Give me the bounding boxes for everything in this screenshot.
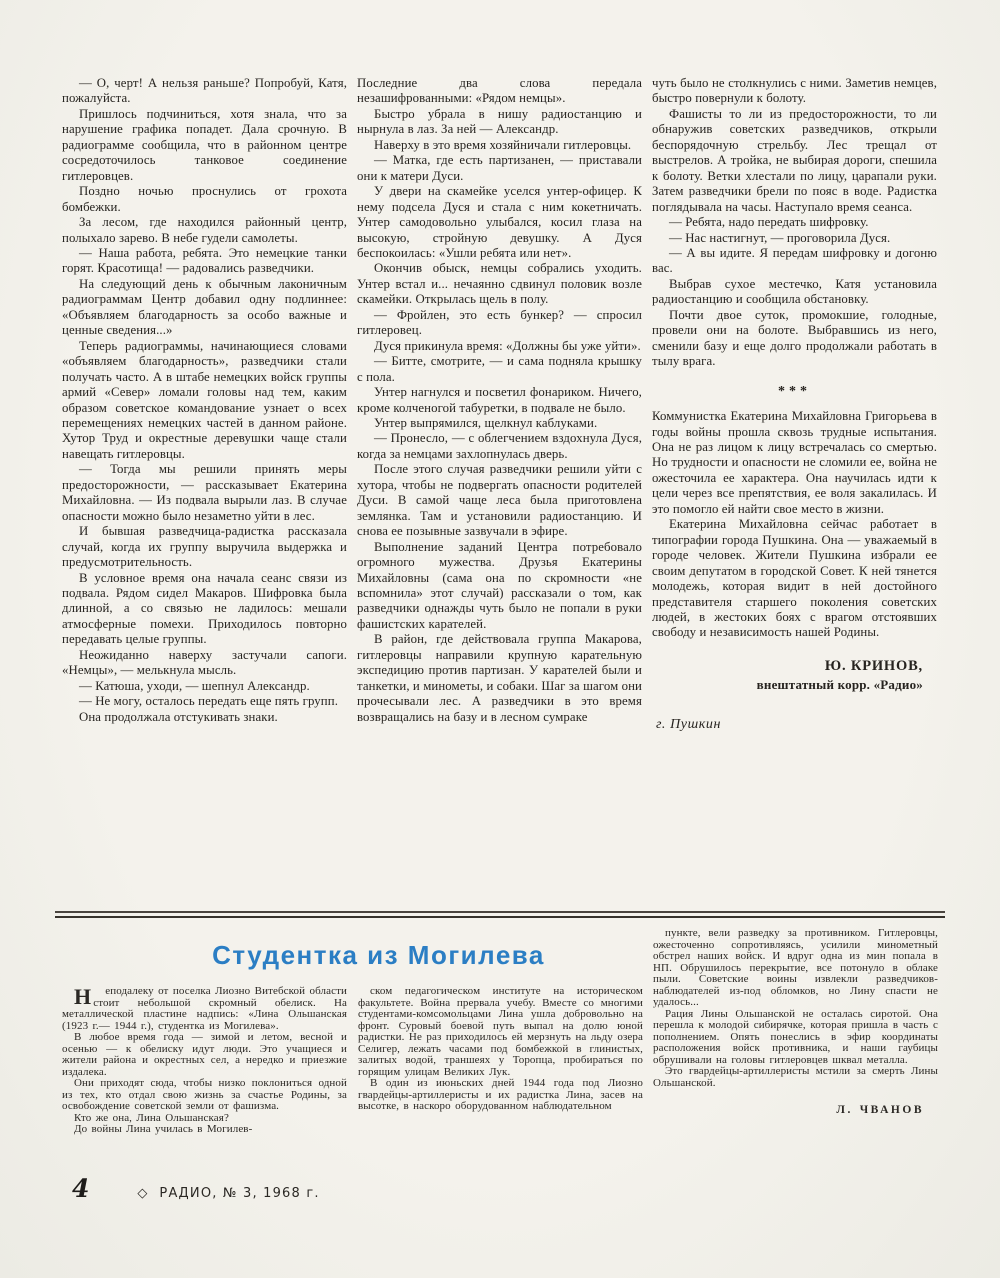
- paragraph: Быстро убрала в нишу радиостанцию и нырн…: [357, 107, 642, 138]
- article2-author-name: Л. ЧВАНОВ: [653, 1105, 938, 1117]
- paragraph: За лесом, где находился районный центр, …: [62, 215, 347, 246]
- paragraph: — Нас настигнут, — проговорила Дуся.: [652, 231, 937, 246]
- paragraph: ском педагогическом институте на историч…: [358, 986, 643, 1078]
- article1-column-3-bottom: Коммунистка Екатерина Михайловна Григорь…: [652, 409, 937, 641]
- paragraph: — Катюша, уходи, — шепнул Александр.: [62, 679, 347, 694]
- paragraph: Дуся прикинула время: «Должны бы уже уйт…: [357, 339, 642, 354]
- paragraph: Они приходят сюда, чтобы низко поклонить…: [62, 1078, 347, 1113]
- paragraph: Екатерина Михайловна сейчас работает в т…: [652, 517, 937, 641]
- paragraph: Окончив обыск, немцы собрались уходить. …: [357, 261, 642, 307]
- article2-column-1: Неподалеку от поселка Лиозно Витебской о…: [62, 986, 347, 1136]
- article1-column-1: — О, черт! А нельзя раньше? Попробуй, Ка…: [62, 76, 347, 910]
- paragraph: На следующий день к обычным лаконичным р…: [62, 277, 347, 339]
- diamond-icon: ◇: [137, 1186, 147, 1201]
- article2: Студентка из Могилева Неподалеку от посе…: [62, 928, 938, 1136]
- paragraph: — Битте, смотрите, — и сама подняла крыш…: [357, 354, 642, 385]
- page-number: 4: [72, 1174, 89, 1203]
- paragraph: — Фройлен, это есть бункер? — спросил ги…: [357, 308, 642, 339]
- paragraph: Выбрав сухое местечко, Катя установила р…: [652, 277, 937, 308]
- paragraph: Она продолжала отстукивать знаки.: [62, 710, 347, 725]
- paragraph: Почти двое суток, промокшие, голодные, п…: [652, 308, 937, 370]
- paragraph: В любое время года — зимой и летом, весн…: [62, 1032, 347, 1078]
- paragraph: — Наша работа, ребята. Это немецкие танк…: [62, 246, 347, 277]
- paragraph: Коммунистка Екатерина Михайловна Григорь…: [652, 409, 937, 517]
- paragraph: — Матка, где есть партизанен, — пристава…: [357, 153, 642, 184]
- article1-column-3-top: чуть было не столкнулись с ними. Заметив…: [652, 76, 937, 370]
- paragraph: — Ребята, надо передать шифровку.: [652, 215, 937, 230]
- article1-column-2: Последние два слова передала незашифрова…: [357, 76, 642, 910]
- paragraph: Фашисты то ли из предосторожности, то ли…: [652, 107, 937, 215]
- article1-author-name: Ю. КРИНОВ,: [652, 659, 937, 674]
- article2-columns: Неподалеку от поселка Лиозно Витебской о…: [62, 986, 643, 1136]
- article2-title: Студентка из Могилева: [114, 940, 643, 971]
- article2-column-3-text: пункте, вели разведку за противником. Ги…: [653, 928, 938, 1089]
- article2-column-3: пункте, вели разведку за противником. Ги…: [653, 928, 938, 1136]
- paragraph: пункте, вели разведку за противником. Ги…: [653, 928, 938, 1009]
- paragraph: В район, где действовала группа Макарова…: [357, 632, 642, 725]
- paragraph: — Тогда мы решили принять меры предостор…: [62, 462, 347, 524]
- article1-dateline: г. Пушкин: [652, 717, 937, 732]
- section-divider-rule: [55, 911, 945, 918]
- paragraph: Это гвардейцы-артиллеристы мстили за сме…: [653, 1066, 938, 1089]
- section-separator-stars: ***: [652, 384, 937, 399]
- article1-author-role: внештатный корр. «Радио»: [652, 677, 937, 692]
- page-footer: 4 ◇ РАДИО, № 3, 1968 г.: [72, 1174, 320, 1203]
- paragraph: В один из июньских дней 1944 года под Ли…: [358, 1078, 643, 1113]
- paragraph: чуть было не столкнулись с ними. Заметив…: [652, 76, 937, 107]
- article2-column-2: ском педагогическом институте на историч…: [358, 986, 643, 1136]
- paragraph: Выполнение заданий Центра потребовало ог…: [357, 540, 642, 633]
- paragraph: Унтер нагнулся и посветил фонариком. Нич…: [357, 385, 642, 416]
- paragraph: — А вы идите. Я передам шифровку и догон…: [652, 246, 937, 277]
- paragraph: Наверху в это время хозяйничали гитлеров…: [357, 138, 642, 153]
- article2-left-block: Студентка из Могилева Неподалеку от посе…: [62, 928, 643, 1136]
- paragraph: У двери на скамейке уселся унтер-офицер.…: [357, 184, 642, 261]
- paragraph: После этого случая разведчики решили уйт…: [357, 462, 642, 539]
- paragraph: Поздно ночью проснулись от грохота бомбе…: [62, 184, 347, 215]
- magazine-page: — О, черт! А нельзя раньше? Попробуй, Ка…: [0, 0, 1000, 1278]
- paragraph: Последние два слова передала незашифрова…: [357, 76, 642, 107]
- article1-column-3: чуть было не столкнулись с ними. Заметив…: [652, 76, 937, 910]
- journal-issue-label: РАДИО, № 3, 1968 г.: [159, 1186, 319, 1201]
- paragraph: Пришлось подчиниться, хотя знала, что за…: [62, 107, 347, 184]
- paragraph: В условное время она начала сеанс связи …: [62, 571, 347, 648]
- paragraph: Неожиданно наверху застучали сапоги. «Не…: [62, 648, 347, 679]
- drop-cap-letter: Н: [62, 987, 91, 1006]
- paragraph: — Пронесло, — с облегчением вздохнула Ду…: [357, 431, 642, 462]
- paragraph: Теперь радиограммы, начинающиеся словами…: [62, 339, 347, 463]
- paragraph: До войны Лина училась в Могилев-: [62, 1124, 347, 1136]
- paragraph: Рация Лины Ольшанской не осталась сирото…: [653, 1009, 938, 1067]
- paragraph: Неподалеку от поселка Лиозно Витебской о…: [62, 986, 347, 1032]
- article1: — О, черт! А нельзя раньше? Попробуй, Ка…: [62, 76, 938, 910]
- paragraph: И бывшая разведчица-радистка рассказала …: [62, 524, 347, 570]
- paragraph: Унтер выпрямился, щелкнул каблуками.: [357, 416, 642, 431]
- paragraph: — О, черт! А нельзя раньше? Попробуй, Ка…: [62, 76, 347, 107]
- paragraph: — Не могу, осталось передать еще пять гр…: [62, 694, 347, 709]
